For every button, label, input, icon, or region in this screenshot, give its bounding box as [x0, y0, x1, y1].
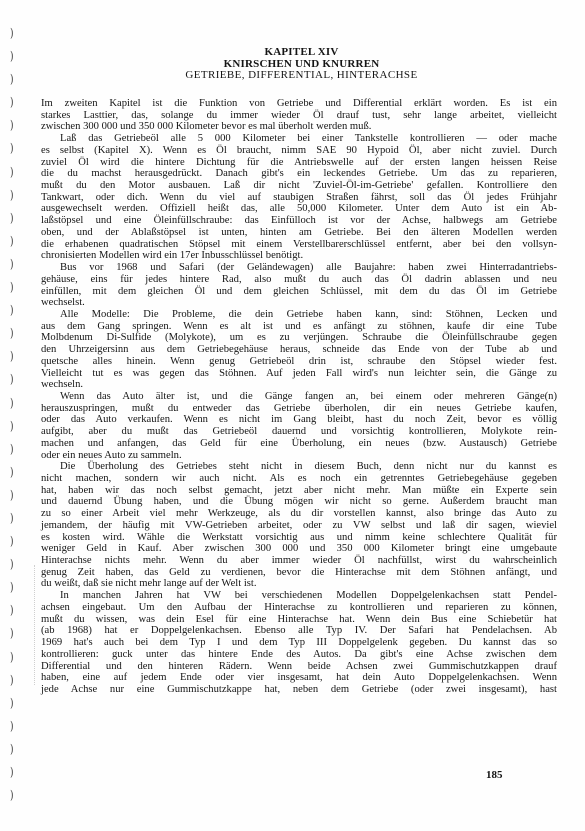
binding-mark: ) [10, 392, 20, 415]
binding-mark: ) [10, 91, 20, 114]
text-line: ausgewechselt werden. Offiziell heißt da… [41, 203, 557, 215]
binding-mark: ) [10, 114, 20, 137]
text-line: machen und anfangen, das Geld für eine Ü… [41, 438, 557, 450]
text-line: mußt du wissen, was dein Esel für eine H… [41, 614, 557, 626]
binding-mark: ) [10, 738, 20, 761]
binding-mark: ) [10, 646, 20, 669]
binding-mark: ) [10, 761, 20, 784]
binding-mark: ) [10, 253, 20, 276]
text-line: Molbdenum Di-Sulfide (Molykote), um es z… [41, 332, 557, 344]
text-line: wechselst. [41, 297, 557, 309]
text-line: es selbst (Kapitel X). Wenn es Öl brauch… [41, 145, 557, 157]
text-line: haben, eine auf jedem Ende oder vier ins… [41, 672, 557, 684]
text-line: zuviel Öl wird die hintere Dichtung für … [41, 157, 557, 169]
text-line: Tankwart, oder dich. Wenn du viel auf st… [41, 192, 557, 204]
text-line: chronisierten Modellen wird ein 17er Inb… [41, 250, 557, 262]
text-line: Hinterachse nichts mehr. Wenn du aber im… [41, 555, 557, 567]
text-line: Alle Modelle: Die Probleme, die dein Get… [41, 309, 557, 321]
text-line: Vielleicht tut es was gegen das Stöhnen.… [41, 368, 557, 380]
text-line: aus dem Gang springen. Wenn es alt ist u… [41, 321, 557, 333]
text-line: achsen eingebaut. Um den Aufbau der Hint… [41, 602, 557, 614]
binding-mark: ) [10, 322, 20, 345]
text-line: starkes Lasttier, das, solange du immer … [41, 110, 557, 122]
binding-mark: ) [10, 299, 20, 322]
binding-mark: ) [10, 368, 20, 391]
binding-mark: ) [10, 530, 20, 553]
text-line: jede Achse nur eine Gummischutzkappe hat… [41, 684, 557, 696]
text-line: hat, haben wir das noch selbst gemacht, … [41, 485, 557, 497]
text-line: herauszuspringen, mußt du entweder das G… [41, 403, 557, 415]
binding-mark: ) [10, 715, 20, 738]
text-line: den Uhrzeigersinn aus dem Getriebegehäus… [41, 344, 557, 356]
binding-mark: ) [10, 484, 20, 507]
text-line: du weißt, daß sie nicht mehr lange auf d… [41, 578, 557, 590]
binding-mark: ) [10, 161, 20, 184]
text-line: In manchen Jahren hat VW bei verschieden… [41, 590, 557, 602]
binding-mark: ) [10, 438, 20, 461]
binding-mark: ) [10, 669, 20, 692]
text-line: Wenn das Auto älter ist, und die Gänge f… [41, 391, 557, 403]
binding-mark: ) [10, 622, 20, 645]
text-line: oder das Auto verkaufen. Wenn es nicht i… [41, 414, 557, 426]
binding-mark: ) [10, 22, 20, 45]
text-line: gehäuse, eins für jedes hintere Rad, als… [41, 274, 557, 286]
text-line: aufgibt, aber du mußt das Getriebeöl dau… [41, 426, 557, 438]
text-line: Im zweiten Kapitel ist die Funktion von … [41, 98, 557, 110]
binding-mark: ) [10, 345, 20, 368]
scan-specks [34, 565, 39, 685]
binding-mark: ) [10, 137, 20, 160]
text-line: die du machst herausgedrückt. Danach gib… [41, 168, 557, 180]
text-line: jemandem, der häufig mit VW-Getrieben ar… [41, 520, 557, 532]
text-line: weniger Geld in Kauf. Aber zwischen 300 … [41, 543, 557, 555]
text-line: einfüllen, mit dem gleichen Öl und dem g… [41, 286, 557, 298]
binding-marks: )))))))))))))))))))))))))))))))))) [8, 22, 22, 807]
text-line: genug Zeit haben, das Geld zu verdienen,… [41, 567, 557, 579]
text-line: quetsche alles hinein. Wenn genug Getrie… [41, 356, 557, 368]
binding-mark: ) [10, 230, 20, 253]
chapter-heading: KAPITEL XIV KNIRSCHEN UND KNURREN GETRIE… [0, 47, 585, 82]
text-line: Die Überholung des Getriebes steht nicht… [41, 461, 557, 473]
binding-mark: ) [10, 576, 20, 599]
binding-mark: ) [10, 784, 20, 807]
binding-mark: ) [10, 276, 20, 299]
book-page: )))))))))))))))))))))))))))))))))) KAPIT… [0, 0, 585, 831]
binding-mark: ) [10, 507, 20, 530]
text-line: die erhabenen quadratischen Stöpsel mit … [41, 239, 557, 251]
binding-mark: ) [10, 184, 20, 207]
text-line: und dauernd Übung haben, und die Übung m… [41, 496, 557, 508]
binding-mark: ) [10, 599, 20, 622]
chapter-subtitle: GETRIEBE, DIFFERENTIAL, HINTERACHSE [0, 70, 585, 82]
binding-mark: ) [10, 415, 20, 438]
text-line: Laß das Getriebeöl alle 5 000 Kilometer … [41, 133, 557, 145]
text-line: nicht machen, sondern wir auch nicht. Al… [41, 473, 557, 485]
binding-mark: ) [10, 207, 20, 230]
text-line: wechseln. [41, 379, 557, 391]
text-line: kontrollieren: guck unter das hintere En… [41, 649, 557, 661]
text-line: es kosten wird. Wähle die Werkstatt vors… [41, 532, 557, 544]
chapter-number: KAPITEL XIV [0, 47, 585, 59]
text-line: zwischen 300 000 und 350 000 Kilometer b… [41, 121, 557, 133]
text-line: laßstöpsel und eine Öleinfüllschraube: d… [41, 215, 557, 227]
binding-mark: ) [10, 461, 20, 484]
text-line: (ab 1968) hat er Doppelgelenkachsen. Ebe… [41, 625, 557, 637]
text-line: oben, und der Ablaßstöpsel ist unten, hi… [41, 227, 557, 239]
binding-mark: ) [10, 692, 20, 715]
text-line: Differential und den hinteren Rädern. We… [41, 661, 557, 673]
text-line: zu so einer Arbeit viel mehr Werkzeuge, … [41, 508, 557, 520]
text-line: mußt du den Motor ausbauen. Laß dir nich… [41, 180, 557, 192]
body-text: Im zweiten Kapitel ist die Funktion von … [41, 98, 557, 696]
text-line: Bus vor 1968 und Safari (der Geländewage… [41, 262, 557, 274]
text-line: 1969 hat's auch bei dem Typ I und dem Ty… [41, 637, 557, 649]
binding-mark: ) [10, 553, 20, 576]
text-line: oder ein neues Auto zu sammeln. [41, 450, 557, 462]
page-number: 185 [486, 769, 503, 781]
